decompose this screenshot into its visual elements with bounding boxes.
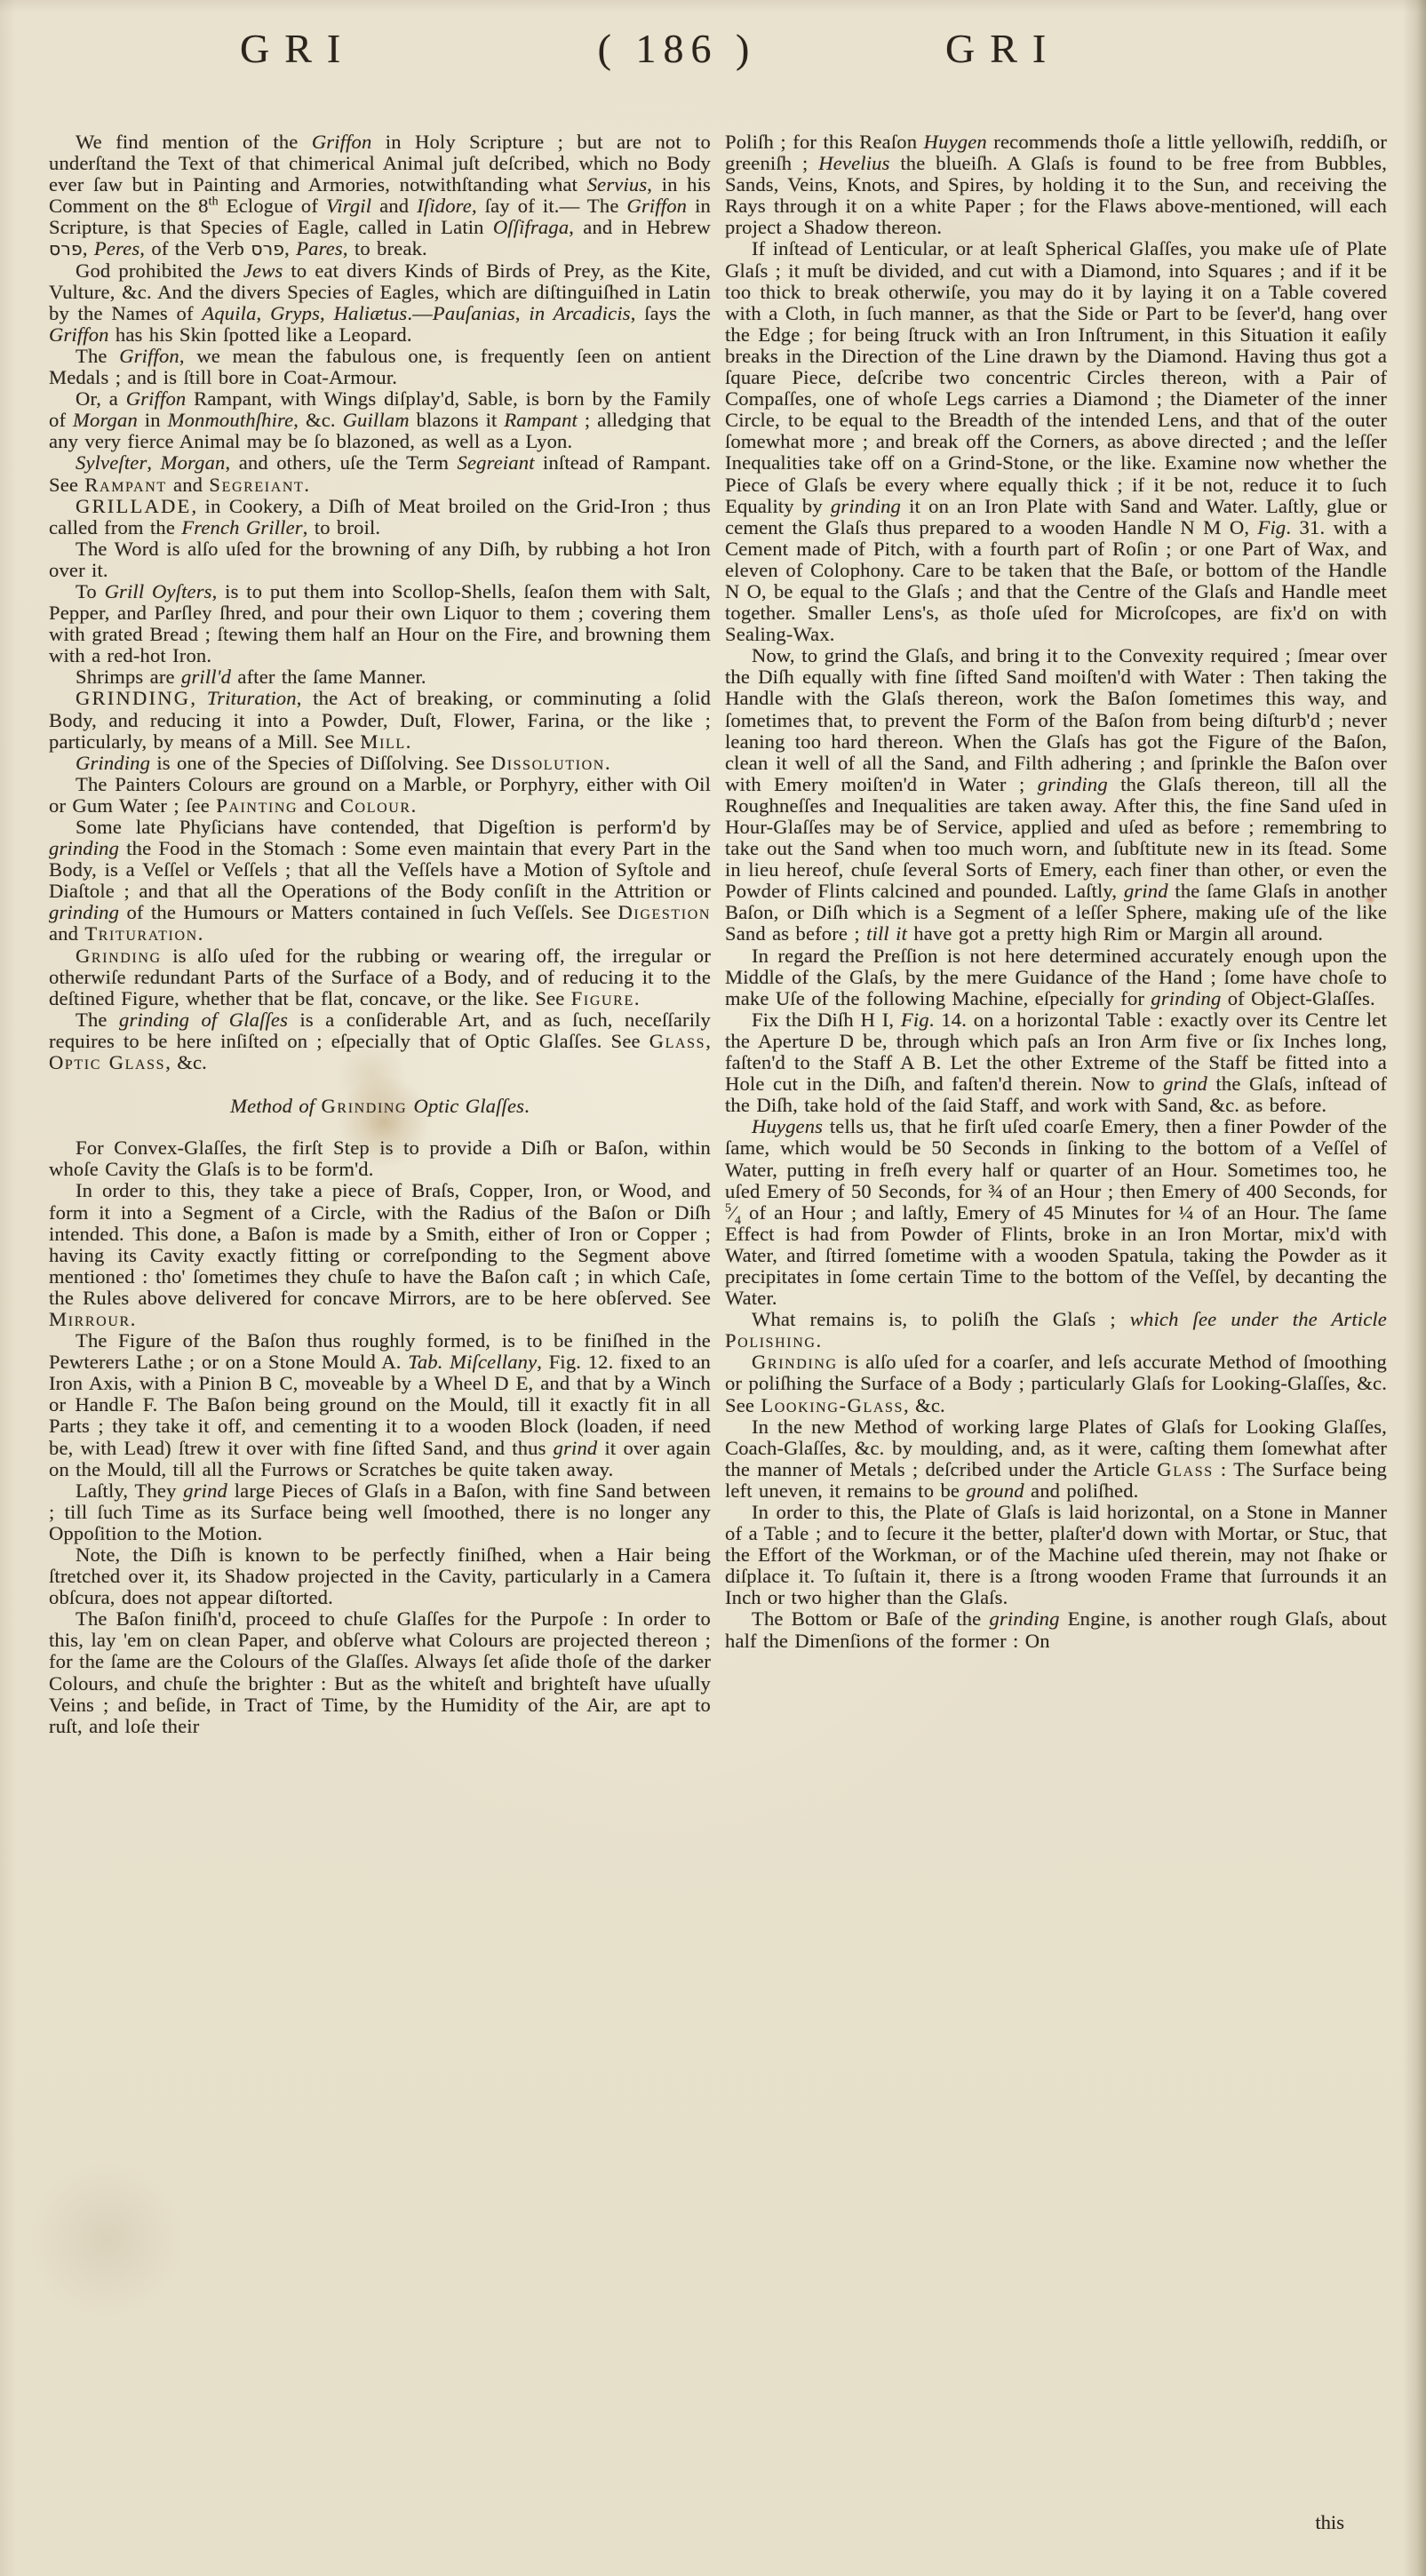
section-heading: Method of Grinding Optic Glaſſes. — [49, 1096, 711, 1117]
column-right: Poliſh ; for this Reaſon Huygen recommen… — [725, 132, 1387, 2576]
paragraph: The Baſon finiſh'd, proceed to chuſe Gla… — [49, 1608, 711, 1737]
paragraph: Poliſh ; for this Reaſon Huygen recommen… — [725, 132, 1387, 238]
page-header: GRI ( 186 ) GRI — [0, 0, 1426, 132]
paragraph: Grinding is alſo uſed for the rubbing or… — [49, 945, 711, 1009]
paragraph: Laſtly, They grind large Pieces of Glaſs… — [49, 1480, 711, 1544]
paragraph: To Grill Oyſters, is to put them into Sc… — [49, 581, 711, 666]
paragraph: The Bottom or Baſe of the grinding Engin… — [725, 1608, 1387, 1651]
paragraph: Grinding is alſo uſed for a coarſer, and… — [725, 1352, 1387, 1416]
paragraph: The Painters Colours are ground on a Mar… — [49, 774, 711, 817]
paragraph: Or, a Griffon Rampant, with Wings diſpla… — [49, 388, 711, 452]
paragraph: Shrimps are grill'd after the ſame Manne… — [49, 666, 711, 688]
paragraph: We find mention of the Griffon in Holy S… — [49, 132, 711, 260]
paragraph: If inſtead of Lenticular, or at leaſt Sp… — [725, 238, 1387, 645]
paragraph: GRINDING, Trituration, the Act of breaki… — [49, 688, 711, 752]
paragraph: The Figure of the Baſon thus roughly for… — [49, 1330, 711, 1480]
running-title-right: GRI — [945, 25, 1061, 72]
paragraph: The Word is alſo uſed for the browning o… — [49, 538, 711, 581]
paragraph: Grinding is one of the Species of Diſſol… — [49, 753, 711, 774]
paragraph: In regard the Preſſion is not here deter… — [725, 945, 1387, 1009]
paragraph: Huygens tells us, that he firſt uſed coa… — [725, 1116, 1387, 1309]
paragraph: GRILLADE, in Cookery, a Diſh of Meat bro… — [49, 496, 711, 538]
paragraph: Sylveſter, Morgan, and others, uſe the T… — [49, 452, 711, 495]
paragraph: For Convex-Glaſſes, the firſt Step is to… — [49, 1137, 711, 1180]
paragraph: In the new Method of working large Plate… — [725, 1416, 1387, 1502]
catchword: this — [1315, 2511, 1344, 2534]
paragraph: Fix the Diſh H I, Fig. 14. on a horizont… — [725, 1009, 1387, 1116]
paragraph: In order to this, they take a piece of B… — [49, 1180, 711, 1330]
paragraph: The grinding of Glaſſes is a conſiderabl… — [49, 1009, 711, 1073]
paragraph: God prohibited the Jews to eat divers Ki… — [49, 260, 711, 346]
text-columns: We find mention of the Griffon in Holy S… — [0, 132, 1426, 2576]
paragraph: Some late Phyſicians have contended, tha… — [49, 817, 711, 945]
paragraph: In order to this, the Plate of Glaſs is … — [725, 1502, 1387, 1608]
column-left: We find mention of the Griffon in Holy S… — [49, 132, 711, 2576]
paragraph: The Griffon, we mean the fabulous one, i… — [49, 346, 711, 388]
paragraph: Now, to grind the Glaſs, and bring it to… — [725, 645, 1387, 945]
paragraph: Note, the Diſh is known to be perfectly … — [49, 1544, 711, 1608]
page-number: ( 186 ) — [598, 25, 757, 72]
paragraph: What remains is, to poliſh the Glaſs ; w… — [725, 1309, 1387, 1352]
scanned-page: GRI ( 186 ) GRI We find mention of the G… — [0, 0, 1426, 2576]
running-title-left: GRI — [240, 25, 355, 72]
